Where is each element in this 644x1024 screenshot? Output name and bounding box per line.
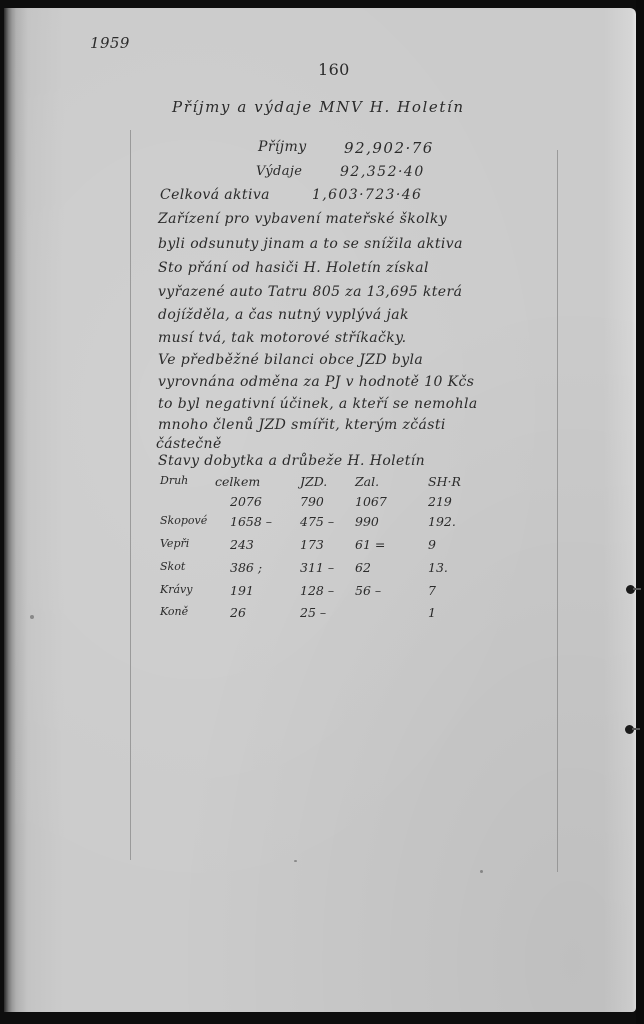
cell-zal: 61 = bbox=[355, 537, 385, 552]
body-line: částečně bbox=[156, 436, 222, 452]
page-edge bbox=[636, 0, 644, 1024]
body-line: dojížděla, a čas nutný vyplývá jak bbox=[158, 307, 409, 323]
table-row: Skot 386 ; 311 – 62 13. bbox=[160, 560, 480, 580]
body-line: Sto přání od hasiči H. Holetín získal bbox=[158, 260, 429, 276]
cell-shr: 13. bbox=[428, 560, 448, 575]
cell-celkem: 191 bbox=[230, 583, 254, 598]
binding-staple-bottom bbox=[625, 725, 634, 734]
body-line: vyrovnána odměna za PJ v hodnotě 10 Kčs bbox=[158, 374, 474, 390]
table-row: Krávy 191 128 – 56 – 7 bbox=[160, 583, 480, 603]
cell-shr: 1 bbox=[428, 605, 436, 620]
column-header: celkem bbox=[215, 474, 260, 489]
cell-shr: 7 bbox=[428, 583, 436, 598]
book-spine-shadow bbox=[4, 8, 16, 1012]
paper-speck bbox=[30, 615, 34, 619]
cell-zal: 990 bbox=[355, 514, 379, 529]
body-line: to byl negativní účinek, a kteří se nemo… bbox=[158, 396, 478, 412]
column-header: SH·R bbox=[428, 474, 461, 489]
cell-celkem: 386 ; bbox=[230, 560, 262, 575]
table-row: Koně 26 25 – 1 bbox=[160, 605, 480, 625]
expenses-value: 92,352·40 bbox=[340, 164, 425, 180]
row-label: Skopové bbox=[160, 514, 207, 527]
cell-jzd: 311 – bbox=[300, 560, 334, 575]
cell-jzd: 25 – bbox=[300, 605, 326, 620]
left-margin-rule bbox=[130, 130, 131, 860]
cell-shr: 192. bbox=[428, 514, 456, 529]
paper-speck bbox=[294, 860, 297, 862]
cell-jzd: 173 bbox=[300, 537, 324, 552]
cell-celkem: 243 bbox=[230, 537, 254, 552]
cell-celkem: 2076 bbox=[230, 494, 262, 509]
body-line: byli odsunuty jinam a to se snížila akti… bbox=[158, 236, 463, 252]
cell-celkem: 1658 – bbox=[230, 514, 272, 529]
income-label: Příjmy bbox=[258, 139, 307, 155]
body-line: vyřazené auto Tatru 805 za 13,695 která bbox=[158, 284, 462, 300]
body-line: Zařízení pro vybavení mateřské školky bbox=[158, 211, 447, 227]
cell-celkem: 26 bbox=[230, 605, 246, 620]
paper-speck bbox=[480, 870, 483, 873]
livestock-heading: Stavy dobytka a drůbeže H. Holetín bbox=[158, 453, 425, 469]
table-row: 2076 790 1067 219 bbox=[160, 494, 480, 514]
total-assets-label: Celková aktiva bbox=[160, 187, 270, 203]
cell-zal: 56 – bbox=[355, 583, 381, 598]
table-row: Vepři 243 173 61 = 9 bbox=[160, 537, 480, 557]
row-label: Krávy bbox=[160, 583, 192, 596]
body-line: musí tvá, tak motorové stříkačky. bbox=[158, 330, 406, 346]
right-margin-rule bbox=[557, 150, 558, 872]
cell-zal: 62 bbox=[355, 560, 371, 575]
page-number: 160 bbox=[318, 60, 350, 79]
cell-shr: 219 bbox=[428, 494, 452, 509]
table-header-row: Druh celkem JZD. Zal. SH·R bbox=[160, 474, 480, 494]
total-assets-value: 1,603·723·46 bbox=[312, 187, 422, 203]
income-value: 92,902·76 bbox=[344, 139, 434, 157]
cell-jzd: 790 bbox=[300, 494, 324, 509]
cell-shr: 9 bbox=[428, 537, 436, 552]
page-title: Příjmy a výdaje MNV H. Holetín bbox=[172, 98, 465, 116]
expenses-label: Výdaje bbox=[256, 164, 302, 179]
cell-zal: 1067 bbox=[355, 494, 387, 509]
row-label: Koně bbox=[160, 605, 188, 618]
year-note: 1959 bbox=[90, 34, 130, 52]
binding-staple-top bbox=[626, 585, 635, 594]
row-label: Skot bbox=[160, 560, 185, 573]
column-header: Zal. bbox=[355, 474, 379, 489]
column-header: JZD. bbox=[300, 474, 327, 489]
table-row: Skopové 1658 – 475 – 990 192. bbox=[160, 514, 480, 534]
column-header: Druh bbox=[160, 474, 188, 487]
body-line: Ve předběžné bilanci obce JZD byla bbox=[158, 352, 423, 368]
cell-jzd: 475 – bbox=[300, 514, 334, 529]
body-line: mnoho členů JZD smířit, kterým zčásti bbox=[158, 417, 446, 433]
row-label: Vepři bbox=[160, 537, 189, 550]
cell-jzd: 128 – bbox=[300, 583, 334, 598]
